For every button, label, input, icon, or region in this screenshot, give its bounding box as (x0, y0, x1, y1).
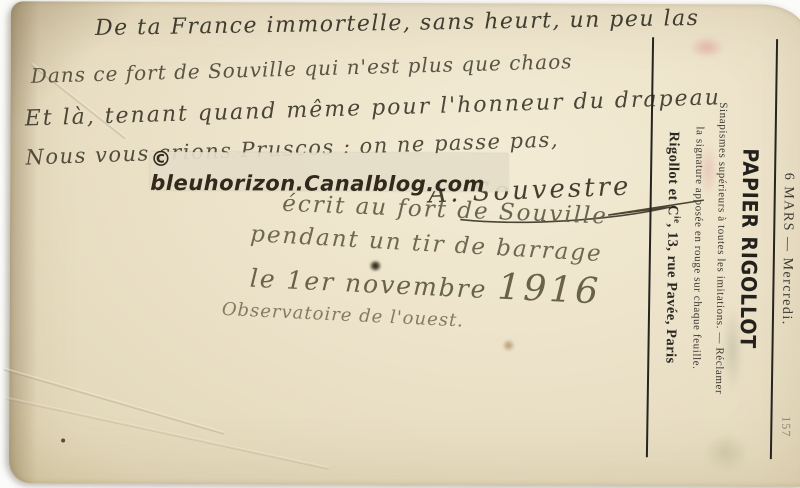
ad-title: PAPIER RIGOLLOT (734, 60, 764, 438)
poem-line-3: Et là, tenant quand même pour l'honneur … (24, 85, 721, 131)
watermark: © bleuhorizon.Canalblog.com (150, 152, 508, 192)
ad-slogan-line-1: Sinapismes supérieurs à toutes les imita… (711, 38, 729, 458)
calendar-day-number: 157 (778, 416, 793, 437)
calendar-ad-block: 6 MARS — Mercredi. 157 PAPIER RIGOLLOT S… (647, 37, 800, 459)
colophon-date-text: le 1er novembre (249, 264, 498, 305)
colophon-year: 1916 (497, 267, 602, 313)
ad-address-sup: ie (672, 216, 682, 224)
paper-speck (61, 438, 65, 442)
handwritten-text: De ta France immortelle, sans heurt, un … (11, 1, 800, 4)
paper-crease-bottom-2 (7, 397, 330, 470)
poem-line-1: De ta France immortelle, sans heurt, un … (95, 6, 700, 41)
scan-background: { "poem": { "line1": "De ta France immor… (0, 0, 800, 488)
paper-stain (502, 339, 516, 351)
ad-address-post: , 13, rue Pavée, Paris (663, 223, 681, 363)
poem-line-2: Dans ce fort de Souville qui n'est plus … (31, 49, 573, 88)
ad-address: Rigollot et Cie, 13, rue Pavée, Paris (660, 37, 685, 457)
ad-address-pre: Rigollot et C (665, 131, 682, 216)
ad-slogan-line-2: la signature apposée en rouge sur chaque… (689, 38, 707, 458)
watermark-text: © bleuhorizon.Canalblog.com (150, 147, 508, 197)
postcard: De ta France immortelle, sans heurt, un … (9, 1, 800, 486)
ad-bordered-box: PAPIER RIGOLLOT Sinapismes supérieurs à … (646, 37, 778, 459)
paper-crease-bottom-1 (3, 368, 225, 435)
calendar-date: 6 MARS — Mercredi. (778, 173, 796, 326)
